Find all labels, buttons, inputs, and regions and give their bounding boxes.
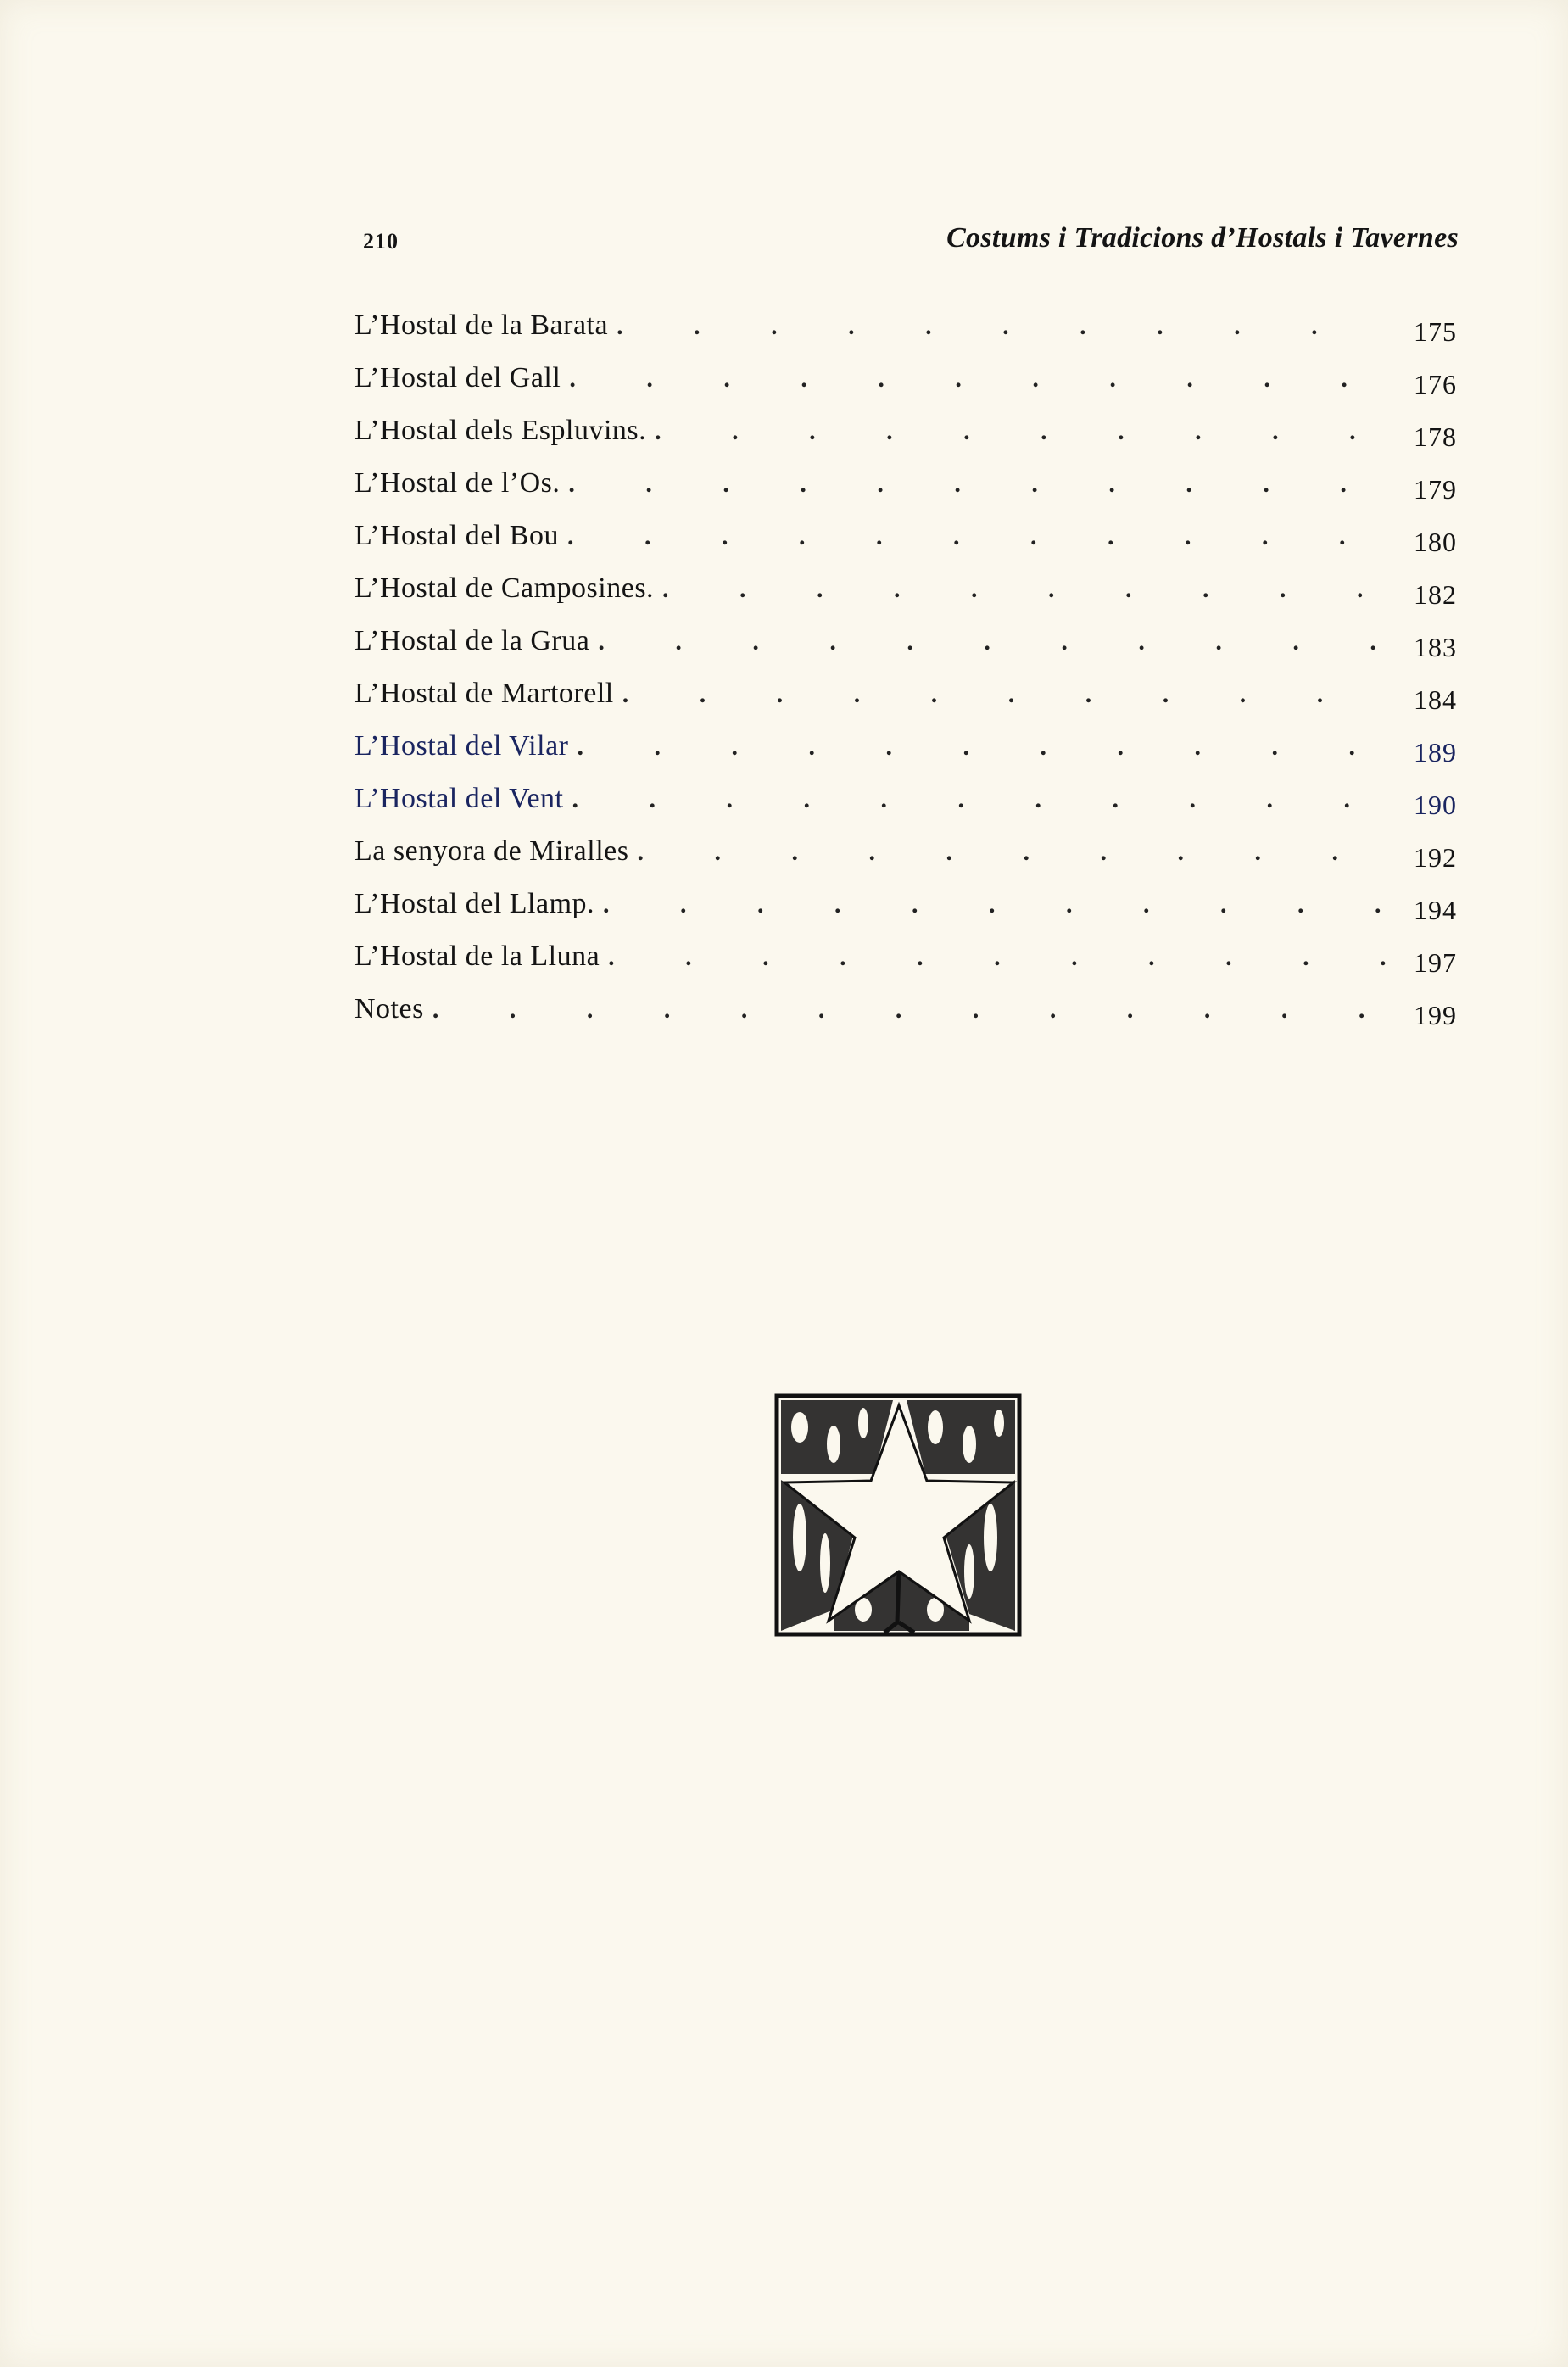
dot-leader: . . . . . . . . . . . . . . . . . . . . … [603,890,1389,919]
toc-entry: L’Hostal del Gall . . . . . . . . . . . … [354,362,1457,415]
toc-entry-title: L’Hostal del Bou [354,520,567,552]
toc-entry-title: Notes [354,993,432,1025]
dot-leader: . . . . . . . . . . . . . . . . . . . . … [432,996,1389,1024]
dot-leader: . . . . . . . . . . . . . . . . . . . . … [655,417,1389,446]
toc-entry: L’Hostal del Vent . . . . . . . . . . . … [354,783,1457,835]
toc-entry-title: L’Hostal del Llamp. [354,888,603,920]
toc-entry-page: 194 [1389,895,1457,926]
toc-entry-page: 180 [1389,527,1457,558]
toc-entry-page: 197 [1389,947,1457,979]
toc-entry-page: 179 [1389,474,1457,505]
running-title: Costums i Tradicions d’Hostals i Taverne… [946,222,1459,254]
dot-leader: . . . . . . . . . . . . . . . . . . . . … [617,312,1389,341]
toc-entry-title: L’Hostal dels Espluvins. [354,415,655,447]
toc-entry: L’Hostal de Martorell . . . . . . . . . … [354,678,1457,730]
dot-leader: . . . . . . . . . . . . . . . . . . . . … [598,628,1389,656]
toc-entry-page: 184 [1389,684,1457,716]
toc-entry: La senyora de Miralles . . . . . . . . .… [354,835,1457,888]
toc-entry: L’Hostal de la Barata . . . . . . . . . … [354,310,1457,362]
dot-leader: . . . . . . . . . . . . . . . . . . . . … [568,470,1389,499]
toc-entry-title: L’Hostal de Martorell [354,678,622,710]
dot-leader: . . . . . . . . . . . . . . . . . . . . … [572,785,1389,814]
toc-entry-title: L’Hostal de Camposines. [354,572,662,605]
toc-entry: L’Hostal de l’Os. . . . . . . . . . . . … [354,467,1457,520]
toc-entry-title: L’Hostal del Vent [354,783,572,815]
dot-leader: . . . . . . . . . . . . . . . . . . . . … [577,733,1389,762]
toc-entry: L’Hostal de la Grua . . . . . . . . . . … [354,625,1457,678]
toc-entry-page: 192 [1389,842,1457,874]
running-head: 210 Costums i Tradicions d’Hostals i Tav… [363,222,1459,265]
toc-entry: L’Hostal del Llamp. . . . . . . . . . . … [354,888,1457,941]
toc-entry-page: 182 [1389,579,1457,611]
toc-entry-page: 189 [1389,737,1457,768]
toc-entry: L’Hostal dels Espluvins. . . . . . . . .… [354,415,1457,467]
star-foliage-woodcut-icon [774,1393,1022,1637]
toc-entry: L’Hostal de la Lluna . . . . . . . . . .… [354,941,1457,993]
toc-entry-page: 175 [1389,316,1457,348]
toc-entry: L’Hostal de Camposines. . . . . . . . . … [354,572,1457,625]
toc-entry-page: 199 [1389,1000,1457,1031]
toc-entry: L’Hostal del Vilar . . . . . . . . . . .… [354,730,1457,783]
toc-entry-page: 178 [1389,421,1457,453]
toc-entry-title: L’Hostal de la Barata [354,310,617,342]
toc-entry-title: L’Hostal de la Lluna [354,941,608,973]
toc-entry-title: L’Hostal del Gall [354,362,569,394]
dot-leader: . . . . . . . . . . . . . . . . . . . . … [567,522,1389,551]
toc-entry: Notes . . . . . . . . . . . . . . . . . … [354,993,1457,1046]
toc-entry-title: L’Hostal de la Grua [354,625,598,657]
toc-entry-page: 176 [1389,369,1457,400]
toc-entry-page: 190 [1389,790,1457,821]
dot-leader: . . . . . . . . . . . . . . . . . . . . … [638,838,1390,867]
dot-leader: . . . . . . . . . . . . . . . . . . . . … [608,943,1389,972]
dot-leader: . . . . . . . . . . . . . . . . . . . . … [569,365,1389,394]
dot-leader: . . . . . . . . . . . . . . . . . . . . … [662,575,1389,604]
toc-entry: L’Hostal del Bou . . . . . . . . . . . .… [354,520,1457,572]
toc-entry-title: L’Hostal de l’Os. [354,467,568,500]
table-of-contents: L’Hostal de la Barata . . . . . . . . . … [354,310,1457,1046]
dot-leader: . . . . . . . . . . . . . . . . . . . . … [622,680,1389,709]
toc-entry-page: 183 [1389,632,1457,663]
toc-entry-title: L’Hostal del Vilar [354,730,577,762]
toc-entry-title: La senyora de Miralles [354,835,638,868]
page-number: 210 [363,229,399,254]
